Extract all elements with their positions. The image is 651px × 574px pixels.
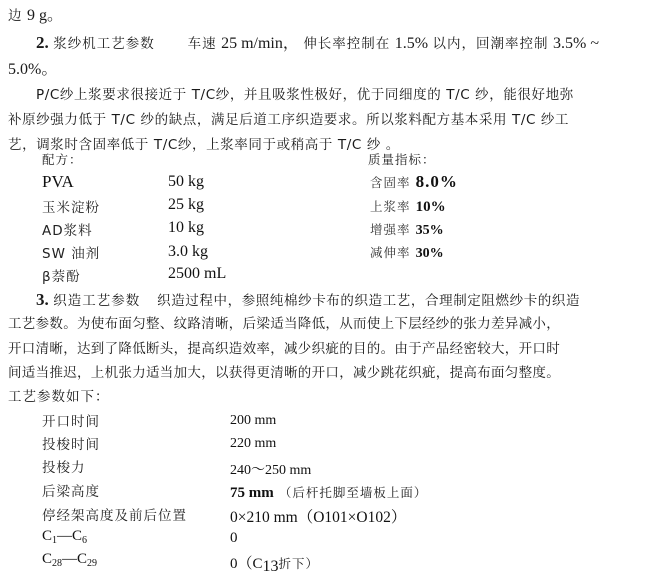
param-note: 折下） (279, 556, 320, 571)
recipe-item-amount: 2500 mL (168, 265, 226, 283)
param-name-sub: 6 (82, 535, 87, 546)
recipe-item-amount: 50 kg (168, 173, 204, 191)
param-name-c1-c6: C1—C6 (42, 528, 87, 546)
quality-item-value: 10% (416, 199, 446, 215)
text-prefix: 边 (8, 8, 23, 24)
param-name-c28-c29: C28—C29 (42, 551, 97, 569)
quality-item-value: 30% (416, 246, 444, 261)
param-name-part: C (42, 551, 52, 567)
recipe-item-name: SW 油剂 (42, 242, 100, 262)
quality-item: 含固率 8.0% (370, 172, 458, 192)
recipe-heading: 配方： (42, 150, 83, 168)
param-name-part: C (42, 528, 52, 544)
text-line-1: 边 9 g。 (8, 6, 63, 26)
quality-item-name: 减伸率 (370, 245, 411, 260)
param-value-row: 75 mm （后杆托脚至墙板上面） (230, 482, 427, 502)
param-value: 200 mm (230, 413, 276, 429)
param-value: 0×210 mm（O101×O102） (230, 505, 406, 527)
stretch-text: 伸长率控制在 (303, 36, 390, 52)
section-3-line: 工艺参数。为使布面匀整、纹路清晰，后梁适当降低，从而使上下层经纱的张力差异减小， (8, 314, 560, 334)
param-name: 投梭时间 (42, 433, 100, 453)
paragraph-pc-line-1: P/C纱上浆要求很接近于 T/C纱，并且吸浆性极好，优于同细度的 T/C 纱，能… (36, 85, 574, 105)
param-value: 220 mm (230, 436, 276, 452)
param-value: 75 mm (230, 485, 274, 501)
recipe-item-amount: 25 kg (168, 196, 204, 214)
section-3-text: 织造过程中，参照纯棉纱卡布的织造工艺，合理制定阻燃纱卡的织造 (157, 293, 580, 309)
paragraph-pc-line-2: 补原纱强力低于 T/C 纱的缺点，满足后道工序织造要求。所以浆料配方基本采用 T… (8, 110, 569, 130)
quality-item-value: 8.0% (416, 172, 458, 191)
recipe-item-name: PVA (42, 172, 74, 192)
quality-item-value: 35% (416, 223, 444, 238)
param-value: 0 (230, 530, 238, 547)
quality-item-name: 上浆率 (370, 199, 411, 214)
section-3-number: 3. (36, 290, 49, 309)
recipe-item-name: β萘酚 (42, 265, 81, 285)
moisture-end: 5.0%。 (8, 61, 57, 78)
recipe-item-amount: 3.0 kg (168, 243, 208, 261)
param-value: 240～250 mm (230, 459, 311, 479)
quality-item-name: 含固率 (370, 175, 411, 190)
quality-item: 减伸率 30% (370, 242, 444, 262)
quality-heading: 质量指标： (368, 150, 436, 168)
stretch-value: 1.5% (395, 35, 428, 52)
param-value-row: 0（C13折下） (230, 552, 319, 574)
section-2-title: 浆纱机工艺参数 (53, 36, 155, 52)
param-name: 后梁高度 (42, 480, 100, 500)
param-name-sub: 29 (87, 558, 97, 569)
section-2-line-2: 5.0%。 (8, 60, 57, 80)
param-name: 开口时间 (42, 410, 100, 430)
text-value: 9 g。 (27, 7, 63, 24)
param-name-sub: 28 (52, 558, 62, 569)
section-3-heading-line: 3. 织造工艺参数 织造过程中，参照纯棉纱卡布的织造工艺，合理制定阻燃纱卡的织造 (36, 290, 580, 311)
quality-item: 增强率 35% (370, 219, 444, 239)
param-name-part: —C (57, 528, 82, 544)
stretch-suffix: 以内，回潮率控制 (433, 36, 549, 52)
section-2-heading-line: 2. 浆纱机工艺参数 车速 25 m/min， 伸长率控制在 1.5% 以内，回… (36, 33, 599, 54)
param-note: （后杆托脚至墙板上面） (279, 485, 428, 500)
section-3-title: 织造工艺参数 (53, 293, 140, 309)
recipe-item-name: AD浆料 (42, 219, 93, 239)
moisture-value: 3.5% ~ (553, 35, 599, 52)
quality-item-name: 增强率 (370, 222, 411, 237)
param-name: 投梭力 (42, 456, 86, 476)
param-value-sub: 13 (263, 558, 279, 574)
section-2-number: 2. (36, 33, 49, 52)
section-3-line: 工艺参数如下： (8, 387, 110, 407)
speed-label: 车速 (188, 36, 217, 52)
param-value: 0（C (230, 556, 263, 572)
recipe-item-name: 玉米淀粉 (42, 196, 100, 216)
section-3-line: 间适当推迟，上机张力适当加大，以获得更清晰的开口，减少跳花织疵，提高布面匀整度。 (8, 363, 560, 383)
section-3-line: 开口清晰，达到了降低断头，提高织造效率，减少织疵的目的。由于产品经密较大，开口时 (8, 339, 560, 359)
speed-value: 25 m/min， (221, 35, 299, 52)
param-name-part: —C (62, 551, 87, 567)
recipe-item-amount: 10 kg (168, 219, 204, 237)
param-name: 停经架高度及前后位置 (42, 504, 187, 524)
quality-item: 上浆率 10% (370, 196, 446, 216)
